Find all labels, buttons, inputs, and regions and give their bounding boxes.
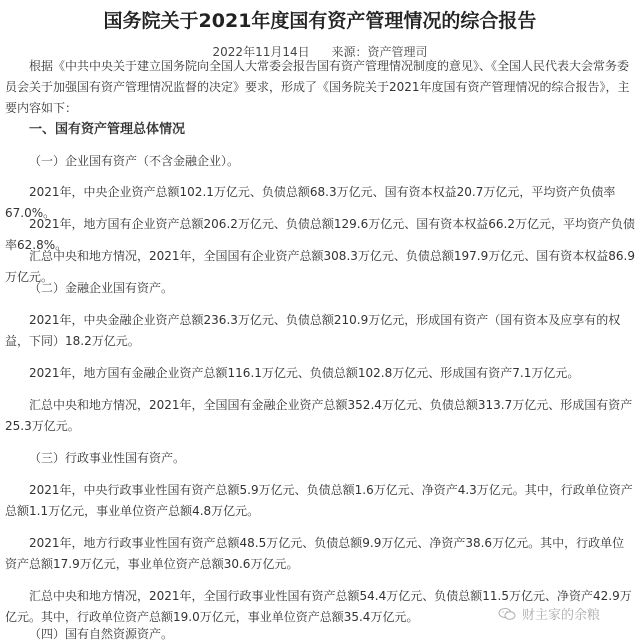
- paragraph-local-financial: 2021年，地方国有金融企业资产总额116.1万亿元、负债总额102.8万亿元、…: [5, 363, 635, 384]
- section-heading-1: 一、国有资产管理总体情况: [5, 119, 635, 140]
- subsection-heading-administrative: （三）行政事业性国有资产。: [5, 448, 635, 469]
- subsection-heading-financial: （二）金融企业国有资产。: [5, 278, 635, 299]
- paragraph-local-administrative: 2021年，地方行政事业性国有资产总额48.5万亿元、负债总额9.9万亿元、净资…: [5, 533, 635, 575]
- subsection-heading-natural-resources: （四）国有自然资源资产。: [5, 624, 635, 642]
- wechat-icon: [498, 607, 516, 621]
- subsection-heading-enterprise: （一）企业国有资产（不含金融企业）。: [5, 151, 635, 172]
- watermark-text: 财主家的余粮: [522, 604, 600, 623]
- paragraph-central-administrative: 2021年，中央行政事业性国有资产总额5.9万亿元、负债总额1.6万亿元、净资产…: [5, 480, 635, 522]
- intro-paragraph: 根据《中共中央关于建立国务院向全国人大常委会报告国有资产管理情况制度的意见》、《…: [5, 56, 635, 119]
- paragraph-total-financial: 汇总中央和地方情况，2021年，全国国有金融企业资产总额352.4万亿元、负债总…: [5, 395, 635, 437]
- paragraph-central-financial: 2021年，中央金融企业资产总额236.3万亿元、负债总额210.9万亿元，形成…: [5, 310, 635, 352]
- report-title: 国务院关于2021年度国有资产管理情况的综合报告: [0, 6, 640, 33]
- watermark: 财主家的余粮: [498, 604, 600, 623]
